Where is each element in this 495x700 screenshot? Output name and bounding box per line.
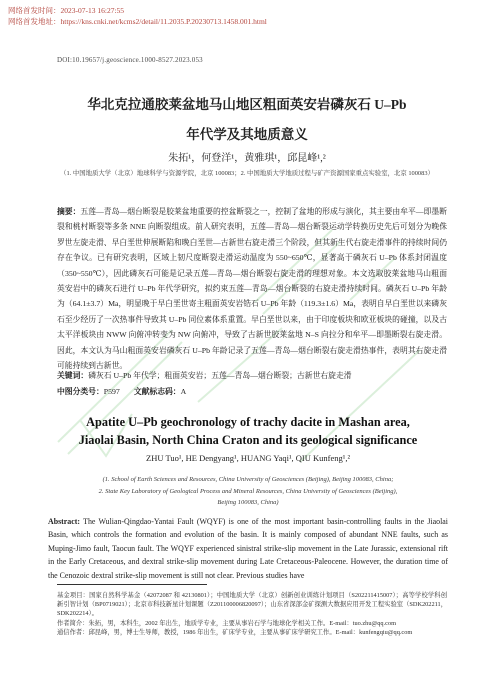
- paper-page: 网络首发时间：2023-07-13 16:27:55 网络首发地址：https:…: [0, 0, 495, 700]
- author-bio-note: 作者简介：朱拓，男，本科生，2002 年出生，地质学专业，主要从事岩石学与地球化…: [57, 619, 447, 628]
- cn-title-line1: 华北克拉通胶莱盆地马山地区粗面英安岩磷灰石 U–Pb: [47, 90, 447, 120]
- author-bio-text: 朱拓，男，本科生，2002 年出生，地质学专业，主要从事岩石学与地球化学相关工作…: [88, 620, 396, 627]
- en-abstract-label: Abstract:: [48, 517, 80, 526]
- cn-keywords: 关键词：磷灰石 U–Pb 年代学；粗面英安岩；五莲—青岛—烟台断裂；古新世右旋走…: [57, 370, 447, 381]
- publish-address: 网络首发地址：https://kns.cnki.net/kcms2/detail…: [8, 16, 267, 27]
- author-bio-label: 作者简介：: [57, 620, 88, 627]
- doi-line: DOI:10.19657/j.geoscience.1000-8527.2023…: [57, 56, 203, 64]
- cn-classification-line: 中图分类号：P597文献标志码：A: [57, 386, 447, 397]
- doc-code-label: 文献标志码：: [134, 387, 181, 396]
- cn-abstract-label: 摘要：: [57, 207, 80, 216]
- doc-code-value: A: [181, 387, 187, 396]
- footnote-block: 基金项目：国家自然科学基金（42072087 和 42130801）；中国地质大…: [57, 591, 447, 637]
- en-affiliation-line1: (1. School of Earth Sciences and Resourc…: [28, 474, 468, 486]
- corresponding-author-text: 邱昆峰，男，博士生导师，教授，1986 年出生，矿床学专业，主要从事矿床学研究工…: [88, 629, 412, 636]
- publish-time: 网络首发时间：2023-07-13 16:27:55: [8, 5, 267, 16]
- publish-url-link[interactable]: https://kns.cnki.net/kcms2/detail/11.203…: [61, 17, 267, 26]
- clc-value: P597: [104, 387, 120, 396]
- en-affiliation-line3: Beijing 100083, China): [28, 497, 468, 509]
- cn-title-line2: 年代学及其地质意义: [47, 120, 447, 150]
- en-affiliation: (1. School of Earth Sciences and Resourc…: [28, 474, 468, 509]
- footnote-divider: [57, 584, 207, 585]
- funding-text: 国家自然科学基金（42072087 和 42130801）；中国地质大学（北京）…: [57, 592, 447, 617]
- en-authors: ZHU Tuo¹, HE Dengyang¹, HUANG Yaqi¹, QIU…: [28, 453, 468, 463]
- en-title: Apatite U–Pb geochronology of trachy dac…: [28, 413, 468, 449]
- cn-keywords-label: 关键词：: [57, 371, 88, 380]
- cn-title: 华北克拉通胶莱盆地马山地区粗面英安岩磷灰石 U–Pb 年代学及其地质意义: [47, 90, 447, 150]
- clc-label: 中图分类号：: [57, 387, 104, 396]
- cn-abstract: 摘要：五莲—青岛—烟台断裂是胶莱盆地重要的控盆断裂之一，控制了盆地的形成与演化，…: [57, 204, 447, 373]
- cn-affiliation: （1. 中国地质大学（北京）地球科学与资源学院，北京 100083；2. 中国地…: [52, 169, 442, 180]
- funding-label: 基金项目：: [57, 592, 89, 599]
- corresponding-author-note: 通信作者：邱昆峰，男，博士生导师，教授，1986 年出生，矿床学专业，主要从事矿…: [57, 628, 447, 637]
- cn-abstract-text: 五莲—青岛—烟台断裂是胶莱盆地重要的控盆断裂之一，控制了盆地的形成与演化，其主要…: [57, 207, 447, 370]
- en-abstract-text: The Wulian-Qingdao-Yantai Fault (WQYF) i…: [48, 517, 448, 580]
- en-affiliation-line2: 2. State Key Laboratory of Geological Pr…: [28, 486, 468, 498]
- publish-url-label: 网络首发地址：: [8, 17, 61, 26]
- cn-keywords-text: 磷灰石 U–Pb 年代学；粗面英安岩；五莲—青岛—烟台断裂；古新世右旋走滑: [88, 371, 351, 380]
- en-title-line1: Apatite U–Pb geochronology of trachy dac…: [28, 413, 468, 431]
- cn-authors: 朱拓¹，何登洋¹，黄雅琪¹，邱昆峰¹,²: [47, 149, 447, 164]
- en-title-line2: Jiaolai Basin, North China Craton and it…: [28, 431, 468, 449]
- online-first-header: 网络首发时间：2023-07-13 16:27:55 网络首发地址：https:…: [8, 5, 267, 27]
- funding-note: 基金项目：国家自然科学基金（42072087 和 42130801）；中国地质大…: [57, 591, 447, 619]
- en-abstract: Abstract: The Wulian-Qingdao-Yantai Faul…: [48, 515, 448, 582]
- corresponding-author-label: 通信作者：: [57, 629, 88, 636]
